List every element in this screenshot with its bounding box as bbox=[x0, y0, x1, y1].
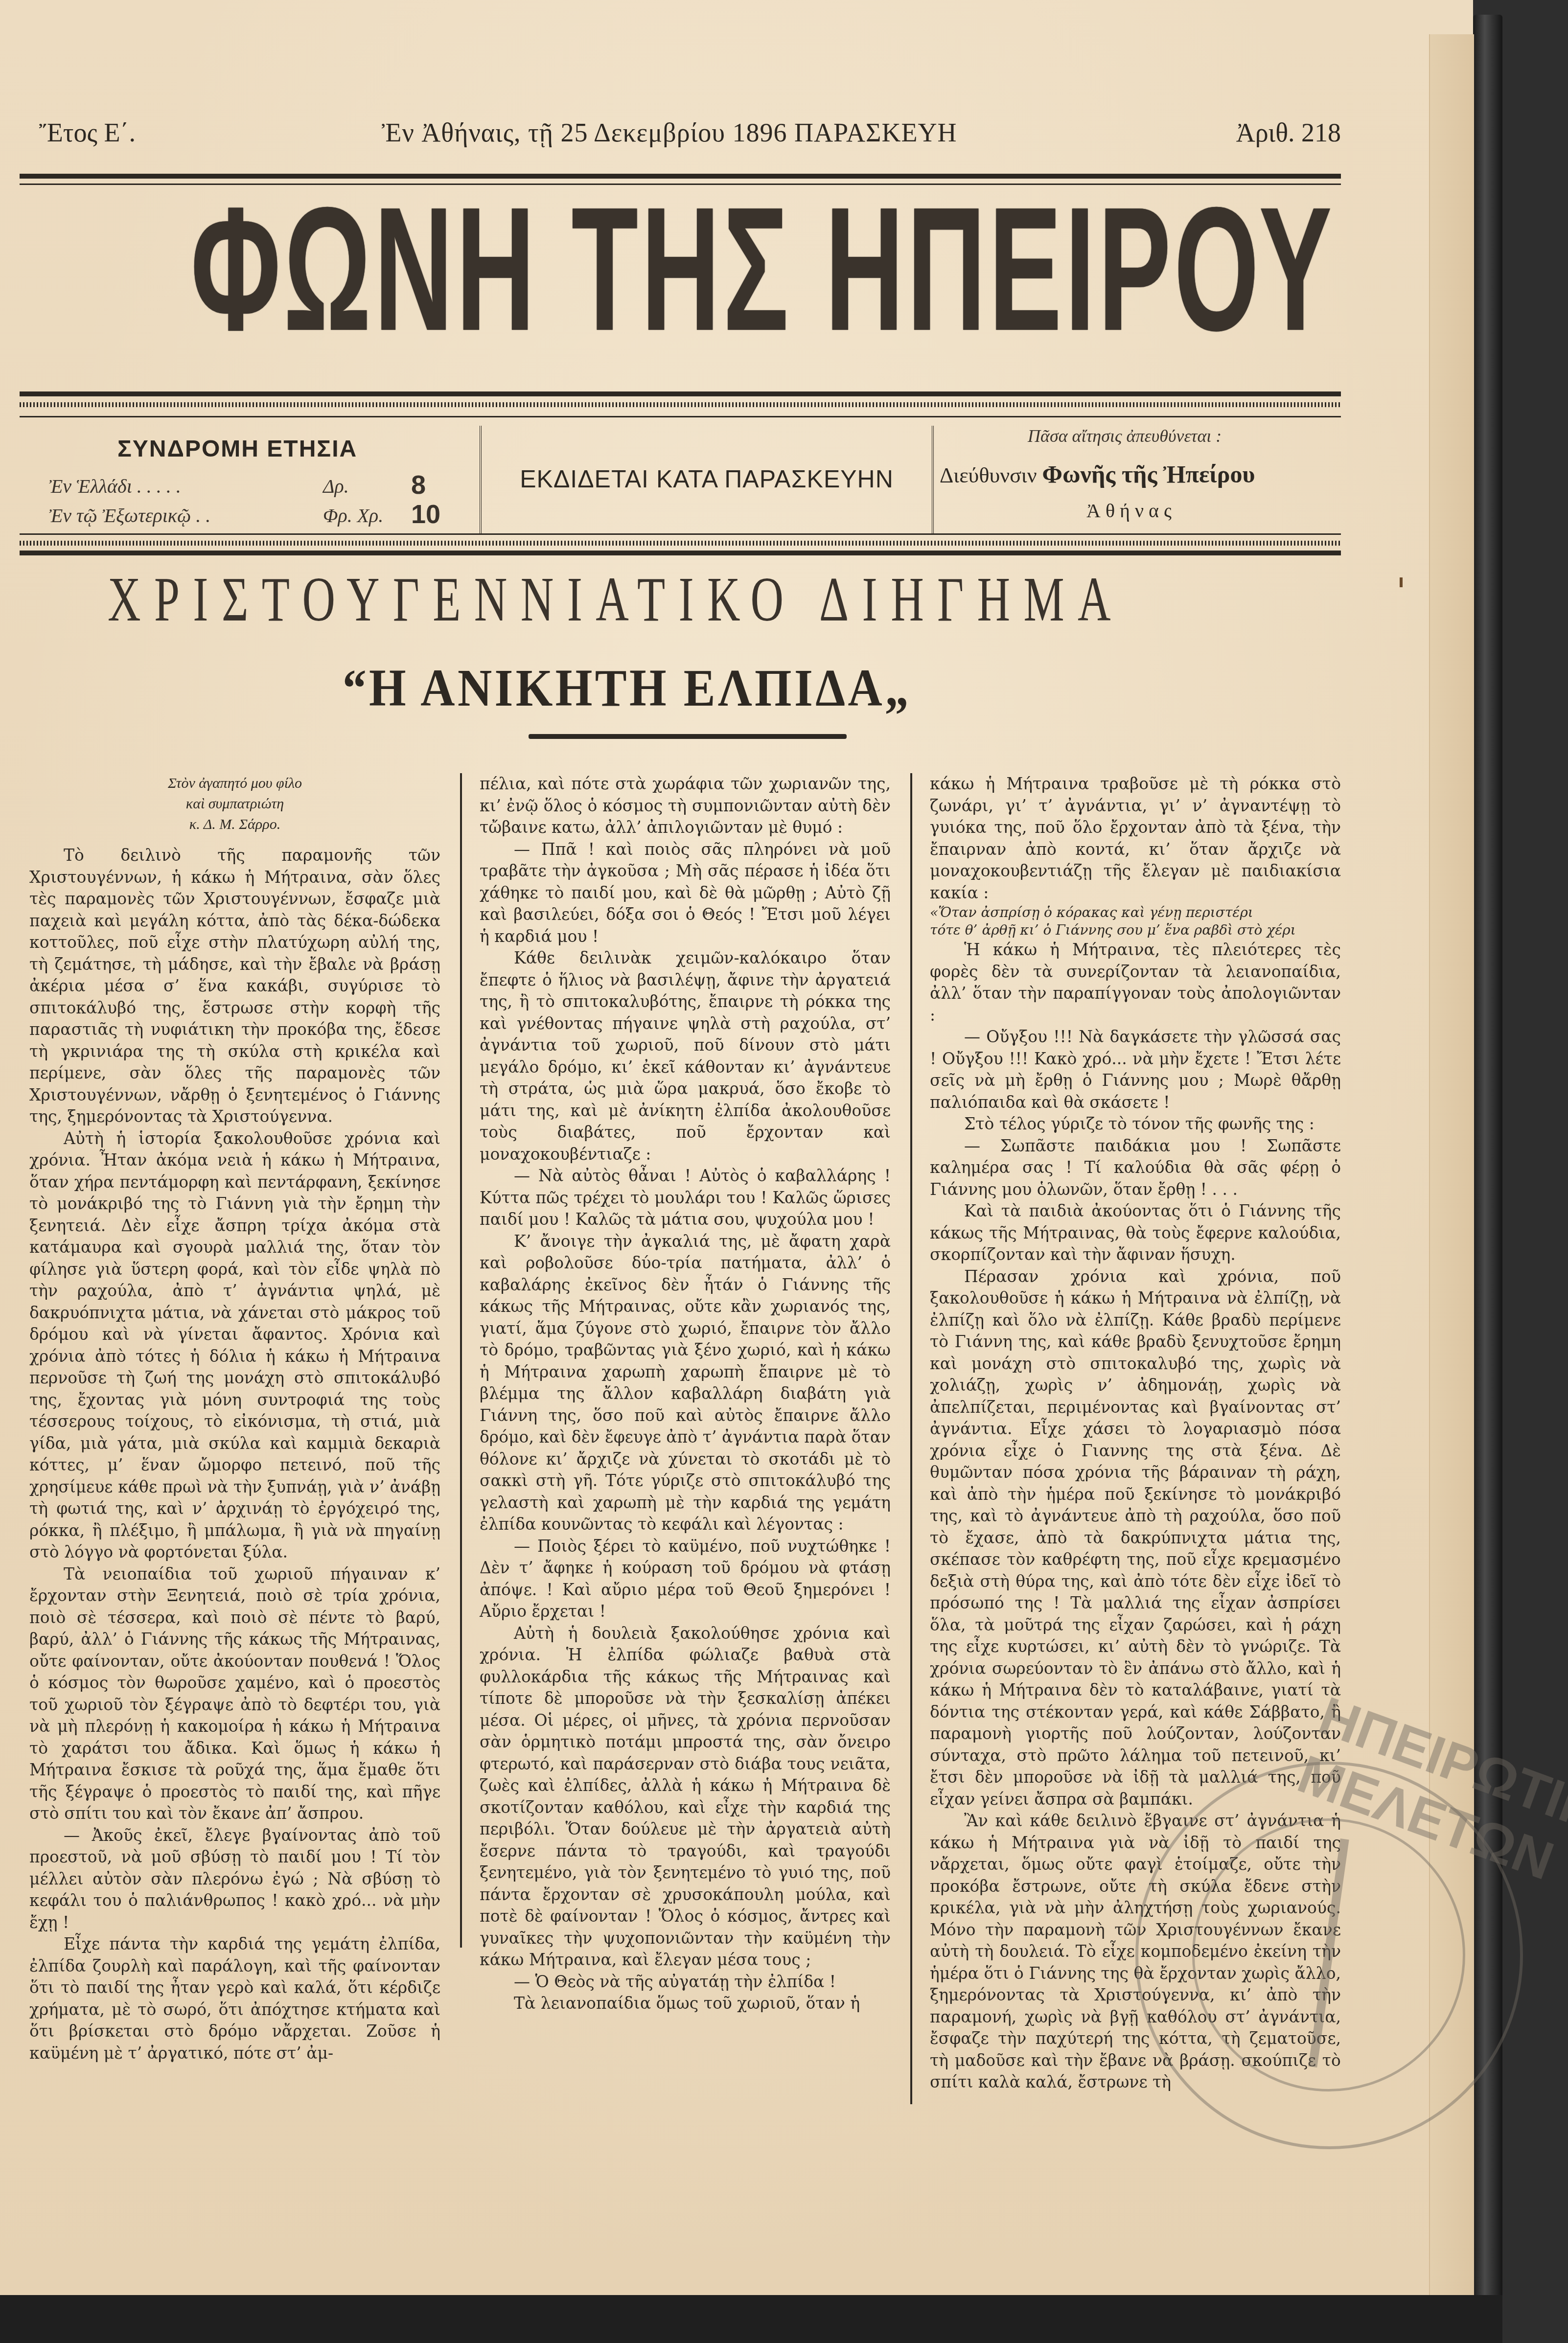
article-title: “Η ΑΝΙΚΗΤΗ ΕΛΠΙΔΑ„ bbox=[343, 658, 1135, 719]
year-label: Ἔτος Ε΄. bbox=[39, 117, 136, 148]
column-divider-1 bbox=[460, 773, 462, 1948]
paragraph: Τὰ λειανοπαίδια ὅμως τοῦ χωριοῦ, ὅταν ἡ bbox=[480, 1993, 891, 2015]
column-divider-2 bbox=[910, 773, 912, 2104]
column-2: πέλια, καὶ πότε στὰ χωράφια τῶν χωριανῶν… bbox=[480, 773, 891, 2015]
verse-line: τότε θ’ ἀρθῇ κι’ ὁ Γιάννης σου μ’ ἕνα ρα… bbox=[930, 921, 1341, 939]
paragraph: Πέρασαν χρόνια καὶ χρόνια, ποῦ ξακολουθο… bbox=[930, 1266, 1341, 1811]
publication-schedule: ΕΚΔΙΔΕΤΑΙ ΚΑΤΑ ΠΑΡΑΣΚΕΥΗΝ bbox=[482, 465, 932, 493]
page-fold-edge bbox=[1429, 34, 1474, 2295]
subbar-rule-2 bbox=[20, 551, 1341, 555]
paragraph: — Σωπᾶστε παιδάκια μου ! Σωπᾶστε καλημέρ… bbox=[930, 1135, 1341, 1201]
paragraph: Αὐτὴ ἡ ἱστορία ξακολουθοῦσε χρόνια καὶ χ… bbox=[29, 1128, 440, 1563]
binder-bottom-edge bbox=[0, 2295, 1502, 2343]
publication-schedule-box: ΕΚΔΙΔΕΤΑΙ ΚΑΤΑ ΠΑΡΑΣΚΕΥΗΝ bbox=[480, 426, 934, 533]
paragraph: Αὐτὴ ἡ δουλειὰ ξακολούθησε χρόνια καὶ χρ… bbox=[480, 1623, 891, 1971]
newspaper-title: ΦΩΝΗ ΤΗΣ ΗΠΕΙΡΟΥ bbox=[191, 181, 798, 357]
newspaper-page: Ἔτος Ε΄. Ἐν Ἀθήναις, τῇ 25 Δεκεμβρίου 18… bbox=[0, 0, 1473, 2295]
date-line: Ἐν Ἀθήναις, τῇ 25 Δεκεμβρίου 1896 ΠΑΡΑΣΚ… bbox=[382, 117, 957, 148]
paragraph: κάκω ἡ Μήτραινα τραβοῦσε μὲ τὴ ρόκκα στὸ… bbox=[930, 773, 1341, 904]
dedication: Στὸν ἀγαπητό μου φίλο καὶ συμπατριώτη κ.… bbox=[29, 773, 440, 835]
address-city: Ἀθήνας bbox=[1086, 499, 1176, 522]
paragraph: — Οὔγξου !!! Νὰ δαγκάσετε τὴν γλῶσσά σας… bbox=[930, 1026, 1341, 1113]
paragraph: Καὶ τὰ παιδιὰ ἀκούοντας ὅτι ὁ Γιάννης τῆ… bbox=[930, 1200, 1341, 1266]
paragraph: Τὰ νειοπαίδια τοῦ χωριοῦ πήγαιναν κ’ ἔρχ… bbox=[29, 1563, 440, 1825]
article-columns: Στὸν ἀγαπητό μου φίλο καὶ συμπατριώτη κ.… bbox=[29, 773, 1351, 2094]
paper-mark bbox=[1400, 577, 1403, 587]
masthead-rule-wavy bbox=[20, 402, 1341, 407]
paragraph: Τὸ δειλινὸ τῆς παραμονῆς τῶν Χριστουγένν… bbox=[29, 845, 440, 1128]
article-headline: ΧΡΙΣΤΟΥΓΕΝΝΙΑΤΙΚΟ ΔΙΗΓΗΜΑ bbox=[108, 563, 953, 636]
paragraph: Κάθε δειλινὰκ χειμῶν-καλόκαιρο ὅταν ἔπεφ… bbox=[480, 947, 891, 1165]
paragraph: Εἶχε πάντα τὴν καρδιά της γεμάτη ἐλπίδα,… bbox=[29, 1933, 440, 2064]
paragraph: Ἂν καὶ κάθε δειλινὸ ἔβγαινε στ’ ἀγνάντια… bbox=[930, 1810, 1341, 2093]
paragraph: — Ὁ Θεὸς νὰ τῆς αὐγατάῃ τὴν ἐλπίδα ! bbox=[480, 1971, 891, 1993]
address-box: Πᾶσα αἴτησις ἀπευθύνεται : Διεύθυνσιν Φω… bbox=[940, 426, 1341, 533]
masthead-rule-1 bbox=[20, 391, 1341, 396]
address-paper-name: Φωνῆς τῆς Ἠπείρου bbox=[1042, 460, 1255, 488]
subscription-title: ΣΥΝΔΡΟΜΗ ΕΤΗΣΙΑ bbox=[117, 436, 357, 462]
headline-rule bbox=[529, 734, 847, 739]
paragraph: — Ππᾶ ! καὶ ποιὸς σᾶς πληρόνει νὰ μοῦ τρ… bbox=[480, 839, 891, 948]
paragraph: Ἡ κάκω ἡ Μήτραινα, τὲς πλειότερες τὲς φο… bbox=[930, 939, 1341, 1026]
subbar-rule-wavy bbox=[20, 541, 1341, 546]
paragraph: Κ’ ἄνοιγε τὴν ἀγκαλιά της, μὲ ἄφατη χαρὰ… bbox=[480, 1231, 891, 1536]
address-note: Πᾶσα αἴτησις ἀπευθύνεται : bbox=[1028, 426, 1222, 446]
subscription-box: ΣΥΝΔΡΟΜΗ ΕΤΗΣΙΑ Ἐν Ἑλλάδι . . . . . Δρ. … bbox=[20, 426, 470, 533]
masthead-rule-2 bbox=[20, 416, 1341, 417]
subscription-bar: ΣΥΝΔΡΟΜΗ ΕΤΗΣΙΑ Ἐν Ἑλλάδι . . . . . Δρ. … bbox=[20, 426, 1341, 533]
address-line: Διεύθυνσιν Φωνῆς τῆς Ἠπείρου bbox=[940, 460, 1255, 488]
paragraph: — Νὰ αὐτὸς θἆναι ! Αὐτὸς ὁ καβαλλάρης ! … bbox=[480, 1165, 891, 1231]
binder-spine-edge bbox=[1473, 15, 1502, 2329]
column-3: κάκω ἡ Μήτραινα τραβοῦσε μὲ τὴ ρόκκα στὸ… bbox=[930, 773, 1341, 2093]
paragraph: πέλια, καὶ πότε στὰ χωράφια τῶν χωριανῶν… bbox=[480, 773, 891, 839]
subbar-rule-1 bbox=[20, 533, 1341, 535]
paragraph: — Ἀκοῦς ἐκεῖ, ἔλεγε βγαίνοντας ἀπὸ τοῦ π… bbox=[29, 1825, 440, 1934]
masthead-info-line: Ἔτος Ε΄. Ἐν Ἀθήναις, τῇ 25 Δεκεμβρίου 18… bbox=[39, 117, 1341, 161]
column-1: Στὸν ἀγαπητό μου φίλο καὶ συμπατριώτη κ.… bbox=[29, 773, 440, 2064]
issue-number: Ἀριθ. 218 bbox=[1236, 117, 1341, 148]
verse-line: «Ὅταν ἀσπρίσῃ ὁ κόρακας καὶ γένῃ περιστέ… bbox=[930, 904, 1341, 921]
paragraph: Στὸ τέλος γύριζε τὸ τόνον τῆς φωνῆς της … bbox=[930, 1113, 1341, 1135]
paragraph: — Ποιὸς ξέρει τὸ καϋμένο, ποῦ νυχτώθηκε … bbox=[480, 1536, 891, 1623]
